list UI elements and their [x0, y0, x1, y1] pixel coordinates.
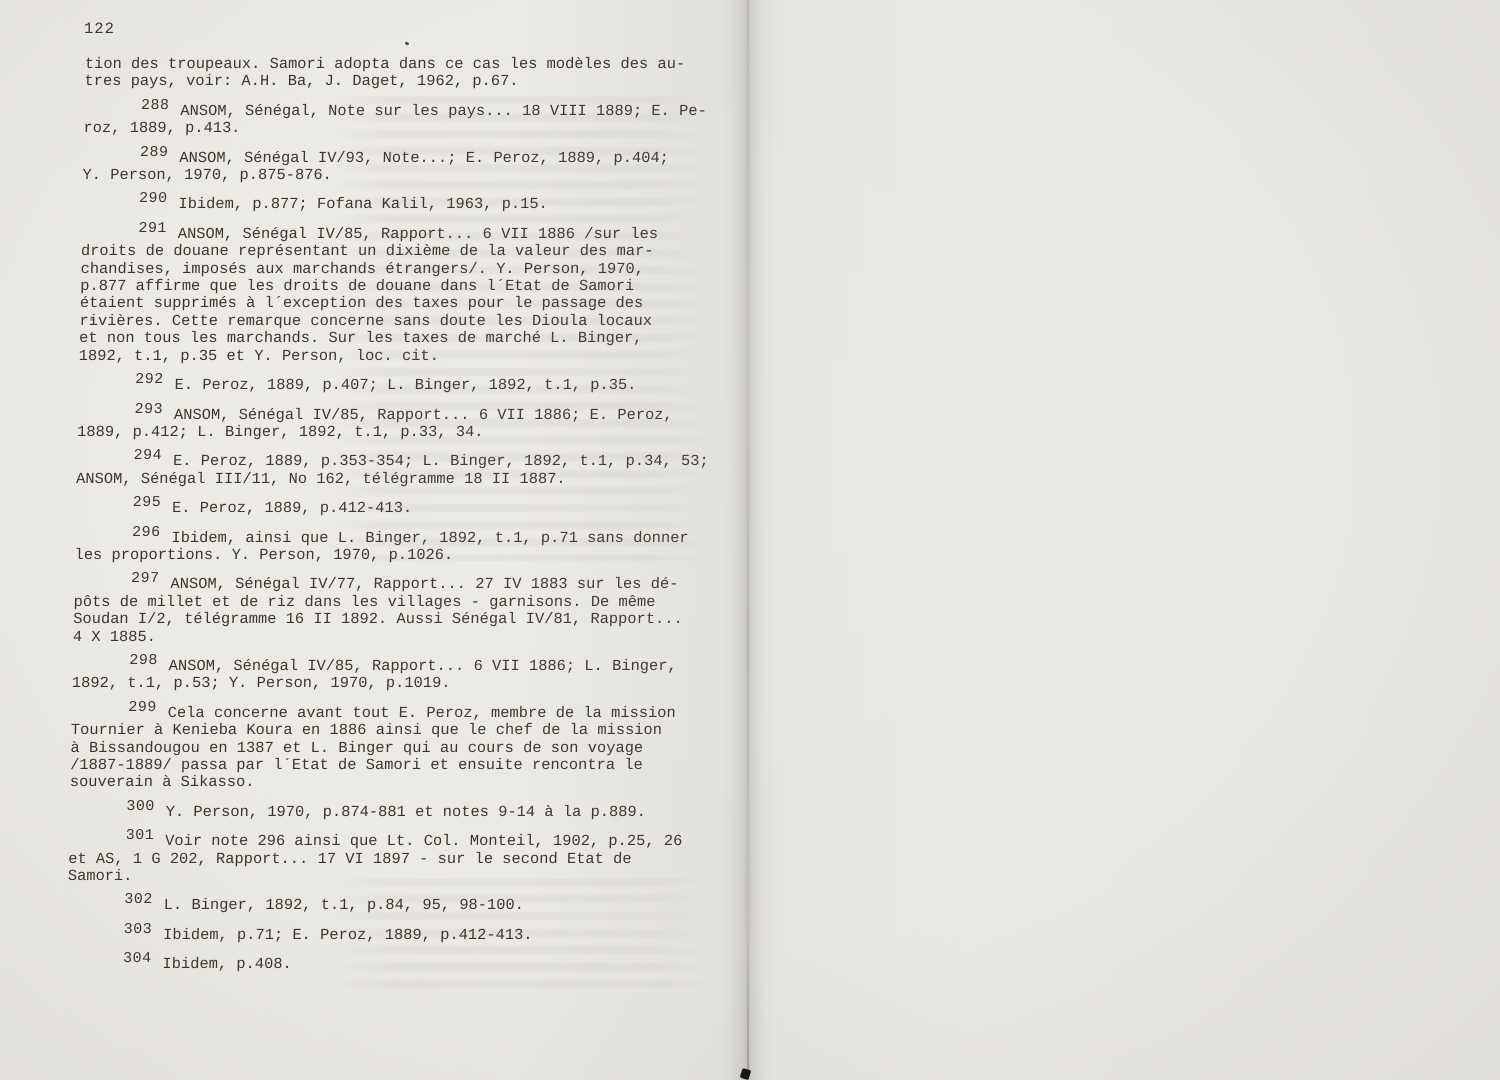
- footnote: 292E. Peroz, 1889, p.407; L. Binger, 189…: [78, 377, 738, 394]
- footnote-text: ANSOM, Sénégal IV/85, Rapport... 6 VII 1…: [72, 657, 677, 692]
- footnote: 297ANSOM, Sénégal IV/77, Rapport... 27 I…: [73, 576, 734, 646]
- footnote: 289ANSOM, Sénégal IV/93, Note...; E. Per…: [82, 150, 743, 185]
- footnote: 290Ibidem, p.877; Fofana Kalil, 1963, p.…: [82, 196, 742, 213]
- footnote-text: Y. Person, 1970, p.874-881 et notes 9-14…: [165, 803, 646, 821]
- left-text-column: tion des troupeaux. Samori adopta dans c…: [66, 56, 745, 974]
- footnote-number: 291: [138, 220, 167, 237]
- footnote-text: E. Peroz, 1889, p.407; L. Binger, 1892, …: [174, 376, 636, 394]
- footnote: 304Ibidem, p.408.: [66, 956, 726, 973]
- footnote-number: 299: [128, 699, 157, 716]
- footnote-number: 300: [126, 798, 155, 815]
- footnote: 302L. Binger, 1892, t.1, p.84, 95, 98-10…: [67, 897, 727, 914]
- footnote-text: Voir note 296 ainsi que Lt. Col. Monteil…: [68, 832, 683, 885]
- footnote-number: 293: [134, 401, 163, 418]
- footnote-text: ANSOM, Sénégal IV/85, Rapport... 6 VII 1…: [77, 406, 673, 441]
- page-gutter-fold: [747, 0, 749, 1080]
- footnote: 301Voir note 296 ainsi que Lt. Col. Mont…: [68, 833, 729, 885]
- footnote-text: Ibidem, p.877; Fofana Kalil, 1963, p.15.: [178, 195, 548, 213]
- footnote-text: ANSOM, Sénégal, Note sur les pays... 18 …: [83, 102, 707, 137]
- page-number-left: 122: [84, 20, 115, 38]
- footnote: 299Cela concerne avant tout E. Peroz, me…: [70, 705, 732, 792]
- footnote-number: 301: [125, 827, 154, 844]
- carryover-paragraph: tion des troupeaux. Samori adopta dans c…: [84, 56, 745, 91]
- footnote-number: 298: [129, 652, 158, 669]
- footnote-number: 304: [123, 950, 152, 967]
- footnote: 288ANSOM, Sénégal, Note sur les pays... …: [83, 103, 744, 138]
- footnote: 296Ibidem, ainsi que L. Binger, 1892, t.…: [74, 530, 735, 565]
- page-left: 122 tion des troupeaux. Samori adopta da…: [0, 0, 748, 1080]
- footnote-number: 302: [124, 891, 153, 908]
- footnote-number: 303: [124, 921, 153, 938]
- footnote: 303Ibidem, p.71; E. Peroz, 1889, p.412-4…: [66, 927, 726, 944]
- footnote-text: ANSOM, Sénégal IV/77, Rapport... 27 IV 1…: [73, 575, 683, 645]
- footnote-text: ANSOM, Sénégal IV/93, Note...; E. Peroz,…: [82, 149, 669, 184]
- footnote-text: E. Peroz, 1889, p.412-413.: [172, 499, 413, 517]
- footnote: 293ANSOM, Sénégal IV/85, Rapport... 6 VI…: [77, 407, 738, 442]
- footnote: 295E. Peroz, 1889, p.412-413.: [75, 500, 735, 517]
- footnote-text: ANSOM, Sénégal IV/85, Rapport... 6 VII 1…: [79, 225, 659, 365]
- footnote-number: 292: [135, 371, 164, 388]
- footnote-number: 288: [141, 97, 170, 114]
- footnote-text: Ibidem, ainsi que L. Binger, 1892, t.1, …: [74, 529, 688, 564]
- footnotes-left: 288ANSOM, Sénégal, Note sur les pays... …: [66, 103, 744, 974]
- footnote-number: 289: [140, 144, 169, 161]
- footnote: 298ANSOM, Sénégal IV/85, Rapport... 6 VI…: [72, 658, 733, 693]
- footnote-number: 294: [133, 447, 162, 464]
- footnote-text: Ibidem, p.71; E. Peroz, 1889, p.412-413.: [163, 926, 533, 944]
- footnote-number: 295: [132, 494, 161, 511]
- dust-speck: [405, 41, 410, 46]
- footnote-number: 297: [131, 570, 160, 587]
- page-right: 123 305L. Binger, 1892, t.1, p.99-100.30…: [748, 0, 1500, 1080]
- footnote: 300Y. Person, 1970, p.874-881 et notes 9…: [69, 804, 729, 821]
- dust-speck: [90, 318, 93, 321]
- footnote-text: Cela concerne avant tout E. Peroz, membr…: [70, 704, 676, 792]
- footnote-number: 296: [132, 524, 161, 541]
- footnote: 294E. Peroz, 1889, p.353-354; L. Binger,…: [76, 453, 737, 488]
- book-spread: 122 tion des troupeaux. Samori adopta da…: [0, 0, 1500, 1080]
- footnote: 291ANSOM, Sénégal IV/85, Rapport... 6 VI…: [79, 226, 742, 365]
- footnote-text: E. Peroz, 1889, p.353-354; L. Binger, 18…: [76, 452, 709, 487]
- footnote-number: 290: [139, 190, 168, 207]
- footnote-text: L. Binger, 1892, t.1, p.84, 95, 98-100.: [164, 896, 525, 914]
- footnote-text: Ibidem, p.408.: [162, 955, 292, 973]
